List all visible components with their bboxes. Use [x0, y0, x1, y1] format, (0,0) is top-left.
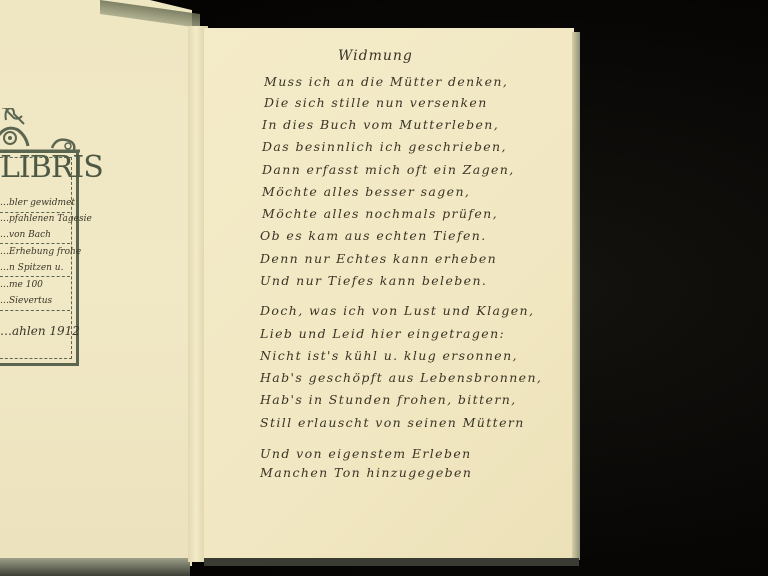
bookplate-ornament-icon — [0, 108, 82, 154]
poem-line: Manchen Ton hinzugegeben — [260, 465, 472, 480]
bookplate-line: …me 100 — [0, 280, 110, 290]
poem-line: Möchte alles nochmals prüfen, — [262, 206, 498, 221]
bookplate-line: …bler gewidmet — [0, 198, 110, 208]
bookplate-line: …Erhebung frohe — [0, 247, 110, 257]
page-edge — [572, 32, 580, 560]
poem-title: Widmung — [338, 48, 413, 64]
poem-line: Denn nur Echtes kann erheben — [260, 251, 497, 266]
bookplate-line: …pfahlenen Tagesie — [0, 214, 110, 224]
poem-line: Und von eigenstem Erleben — [260, 446, 472, 461]
poem-line: Möchte alles besser sagen, — [262, 184, 470, 199]
poem-line: Hab's geschöpft aus Lebensbronnen, — [260, 370, 542, 385]
poem-line: Hab's in Stunden frohen, bittern, — [260, 392, 517, 407]
poem-line: Nicht ist's kühl u. klug ersonnen, — [260, 348, 518, 363]
bookplate-line: …von Bach — [0, 230, 110, 240]
poem-line: Dann erfasst mich oft ein Zagen, — [262, 162, 515, 177]
cover-board-edge-right — [204, 558, 579, 566]
bookplate-title: LIBRIS — [0, 150, 80, 185]
bookplate-line: …n Spitzen u. — [0, 263, 110, 273]
cover-board-edge-bottom — [0, 558, 190, 576]
poem-line: Lieb und Leid hier eingetragen: — [260, 326, 505, 341]
bookplate-line: …Sievertus — [0, 296, 110, 306]
poem-line: Still erlauscht von seinen Müttern — [260, 415, 525, 430]
poem-line: Die sich stille nun versenken — [264, 95, 488, 110]
poem-line: Das besinnlich ich geschrieben, — [262, 139, 507, 154]
poem-line: Ob es kam aus echten Tiefen. — [260, 228, 487, 243]
poem-line: Doch, was ich von Lust und Klagen, — [260, 303, 534, 318]
poem-line: In dies Buch vom Mutterleben, — [262, 117, 499, 132]
poem-line: Muss ich an die Mütter denken, — [264, 74, 508, 89]
bookplate-line: …ahlen 1912 — [0, 324, 110, 338]
poem-line: Und nur Tiefes kann beleben. — [260, 273, 487, 288]
